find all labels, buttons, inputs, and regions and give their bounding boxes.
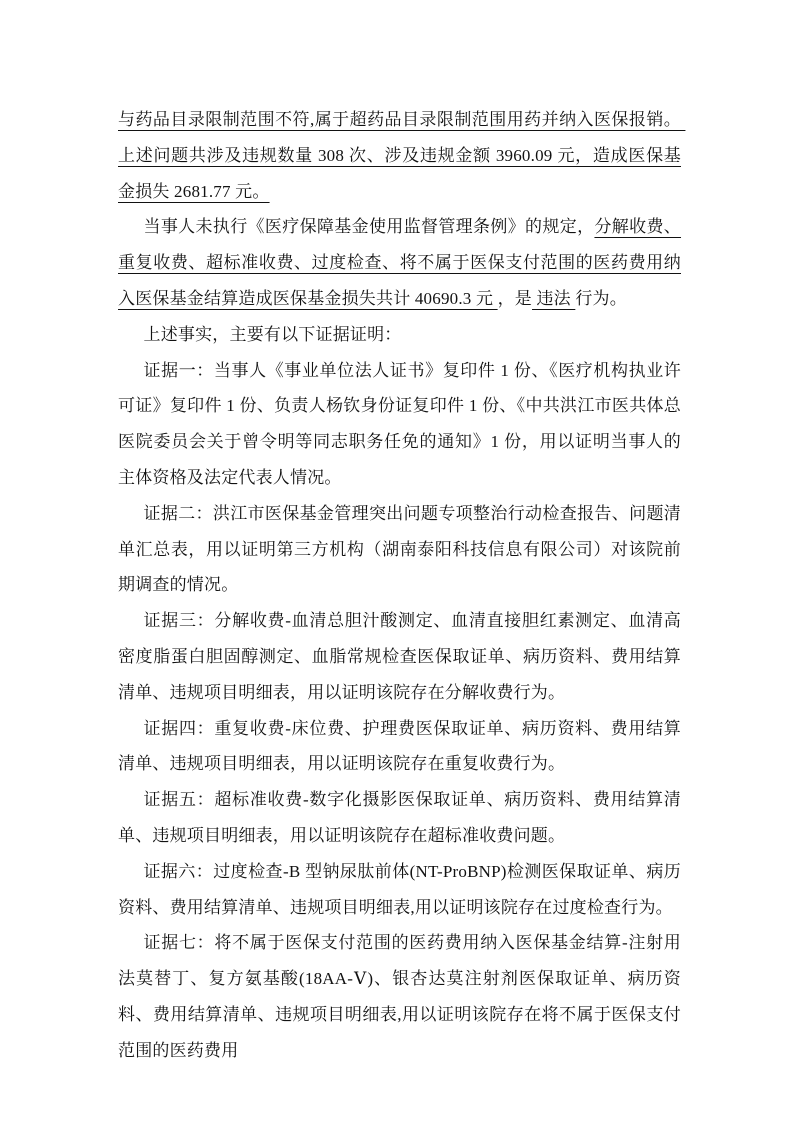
underlined-text-segment: 违法 [532,289,575,308]
para-evidence-2: 证据二：洪江市医保基金管理突出问题专项整治行动检查报告、问题清单汇总表，用以证明… [118,496,681,603]
para-violation-determination: 当事人未执行《医疗保障基金使用监督管理条例》的规定，分解收费、重复收费、超标准收… [118,209,681,316]
para-evidence-intro: 上述事实，主要有以下证据证明： [118,317,681,353]
text-segment: 证据四：重复收费-床位费、护理费医保取证单、病历资料、费用结算清单、违规项目明细… [118,719,681,774]
document-body: 与药品目录限制范围不符,属于超药品目录限制范围用药并纳入医保报销。 上述问题共涉… [118,102,681,1069]
text-segment: 证据六：过度检查-B 型钠尿肽前体(NT-ProBNP)检测医保取证单、病历资料… [118,862,681,917]
text-segment: 当事人未执行《医疗保障基金使用监督管理条例》的规定， [144,217,595,236]
document-page: 与药品目录限制范围不符,属于超药品目录限制范围用药并纳入医保报销。 上述问题共涉… [0,0,793,1122]
para-overrange-drug-violation-summary: 与药品目录限制范围不符,属于超药品目录限制范围用药并纳入医保报销。 上述问题共涉… [118,102,681,209]
text-segment: 行为。 [575,289,627,308]
text-segment: ，是 [498,289,532,308]
para-evidence-6: 证据六：过度检查-B 型钠尿肽前体(NT-ProBNP)检测医保取证单、病历资料… [118,854,681,926]
underlined-text-segment: 与药品目录限制范围不符,属于超药品目录限制范围用药并纳入医保报销。 上述问题共涉… [118,110,685,201]
text-segment: 证据一：当事人《事业单位法人证书》复印件 1 份、《医疗机构执业许可证》复印件 … [118,361,681,487]
para-evidence-5: 证据五：超标准收费-数字化摄影医保取证单、病历资料、费用结算清单、违规项目明细表… [118,782,681,854]
para-evidence-3: 证据三：分解收费-血清总胆汁酸测定、血清直接胆红素测定、血清高密度脂蛋白胆固醇测… [118,603,681,710]
text-segment: 证据五：超标准收费-数字化摄影医保取证单、病历资料、费用结算清单、违规项目明细表… [118,790,681,845]
text-segment: 上述事实，主要有以下证据证明： [144,325,402,344]
text-segment: 证据七：将不属于医保支付范围的医药费用纳入医保基金结算-注射用法莫替丁、复方氨基… [118,933,681,1059]
text-segment: 证据三：分解收费-血清总胆汁酸测定、血清直接胆红素测定、血清高密度脂蛋白胆固醇测… [118,611,681,702]
para-evidence-1: 证据一：当事人《事业单位法人证书》复印件 1 份、《医疗机构执业许可证》复印件 … [118,353,681,496]
para-evidence-4: 证据四：重复收费-床位费、护理费医保取证单、病历资料、费用结算清单、违规项目明细… [118,711,681,783]
text-segment: 证据二：洪江市医保基金管理突出问题专项整治行动检查报告、问题清单汇总表，用以证明… [118,504,681,595]
para-evidence-7: 证据七：将不属于医保支付范围的医药费用纳入医保基金结算-注射用法莫替丁、复方氨基… [118,925,681,1068]
